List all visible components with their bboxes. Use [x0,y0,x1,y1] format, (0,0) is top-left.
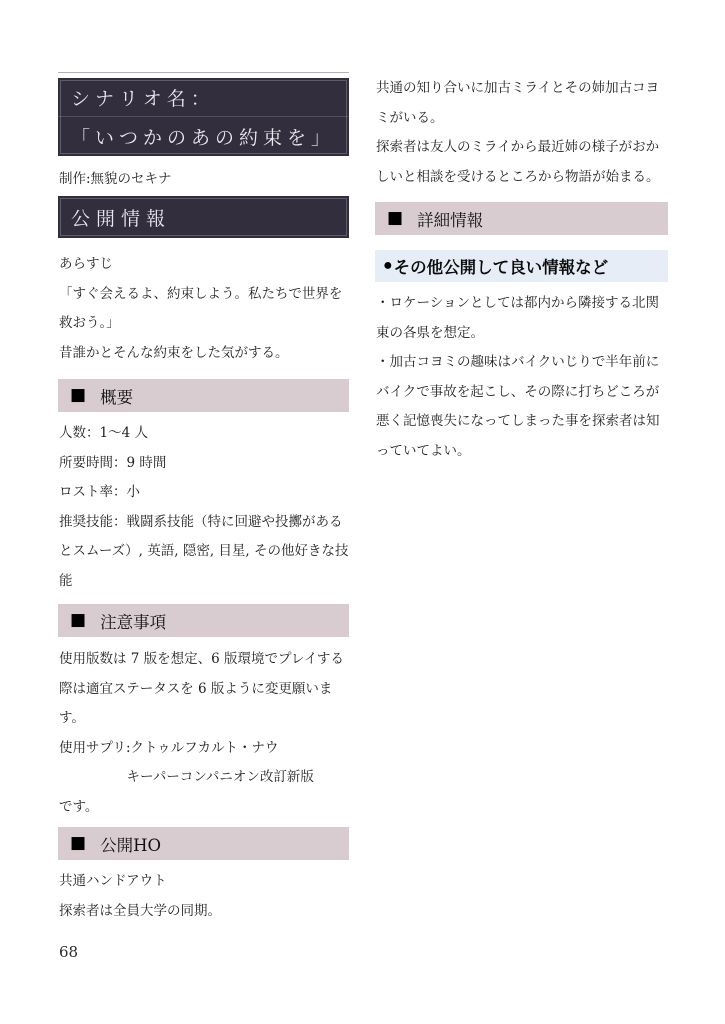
public-info-banner-label: 公開情報 [71,204,171,231]
top-divider [58,72,349,73]
document-page: シナリオ名： 「いつかのあの約束を」 制作:無貌のセキナ 公開情報 あらすじ 「… [0,0,725,1024]
overview-paragraph: 人数：1～4 人 所要時間：9 時間 ロスト率：小 推奨技能：戦闘系技能（特に回… [59,419,349,596]
section-header-public-ho-label: 公開HO [100,832,161,856]
scenario-title-name: 「いつかのあの約束を」 [58,117,349,155]
section-header-details: ■ 詳細情報 [375,202,668,235]
square-bullet-icon: ■ [70,835,86,852]
intro-paragraph: 共通の知り合いに加古ミライとその姉加古コヨ ミがいる。 探索者は友人のミライから… [376,74,668,192]
square-bullet-icon: ■ [70,612,86,629]
right-column: 共通の知り合いに加古ミライとその姉加古コヨ ミがいる。 探索者は友人のミライから… [375,74,668,466]
subsection-header-other-info: ● その他公開して良い情報など [375,250,668,282]
left-column: シナリオ名： 「いつかのあの約束を」 制作:無貌のセキナ 公開情報 あらすじ 「… [58,64,349,926]
other-info-paragraph: ・ロケーションとしては都内から隣接する北関 東の各県を想定。 ・加古コヨミの趣味… [376,289,668,466]
section-header-details-label: 詳細情報 [417,207,483,231]
synopsis-paragraph: あらすじ 「すぐ会えるよ、約束しよう。私たちで世界を 救おう。」 昔誰かとそんな… [59,250,349,368]
square-bullet-icon: ■ [70,387,86,404]
square-bullet-icon: ■ [387,210,403,227]
scenario-title-box: シナリオ名： 「いつかのあの約束を」 [58,78,349,156]
page-number: 68 [59,943,78,961]
section-header-public-ho: ■ 公開HO [58,827,349,860]
section-header-notes: ■ 注意事項 [58,604,349,637]
public-info-banner: 公開情報 [58,196,349,238]
section-header-overview: ■ 概要 [58,379,349,412]
subsection-header-other-info-label: その他公開して良い情報など [394,254,609,278]
section-header-notes-label: 注意事項 [100,609,166,633]
scenario-title-label: シナリオ名： [58,79,349,117]
circle-bullet-icon: ● [383,258,393,274]
section-header-overview-label: 概要 [100,384,133,408]
author-credit: 制作:無貌のセキナ [59,169,349,189]
public-ho-paragraph: 共通ハンドアウト 探索者は全員大学の同期。 [59,867,349,926]
notes-paragraph: 使用版数は 7 版を想定、6 版環境でプレイする 際は適宜ステータスを 6 版よ… [59,645,349,822]
